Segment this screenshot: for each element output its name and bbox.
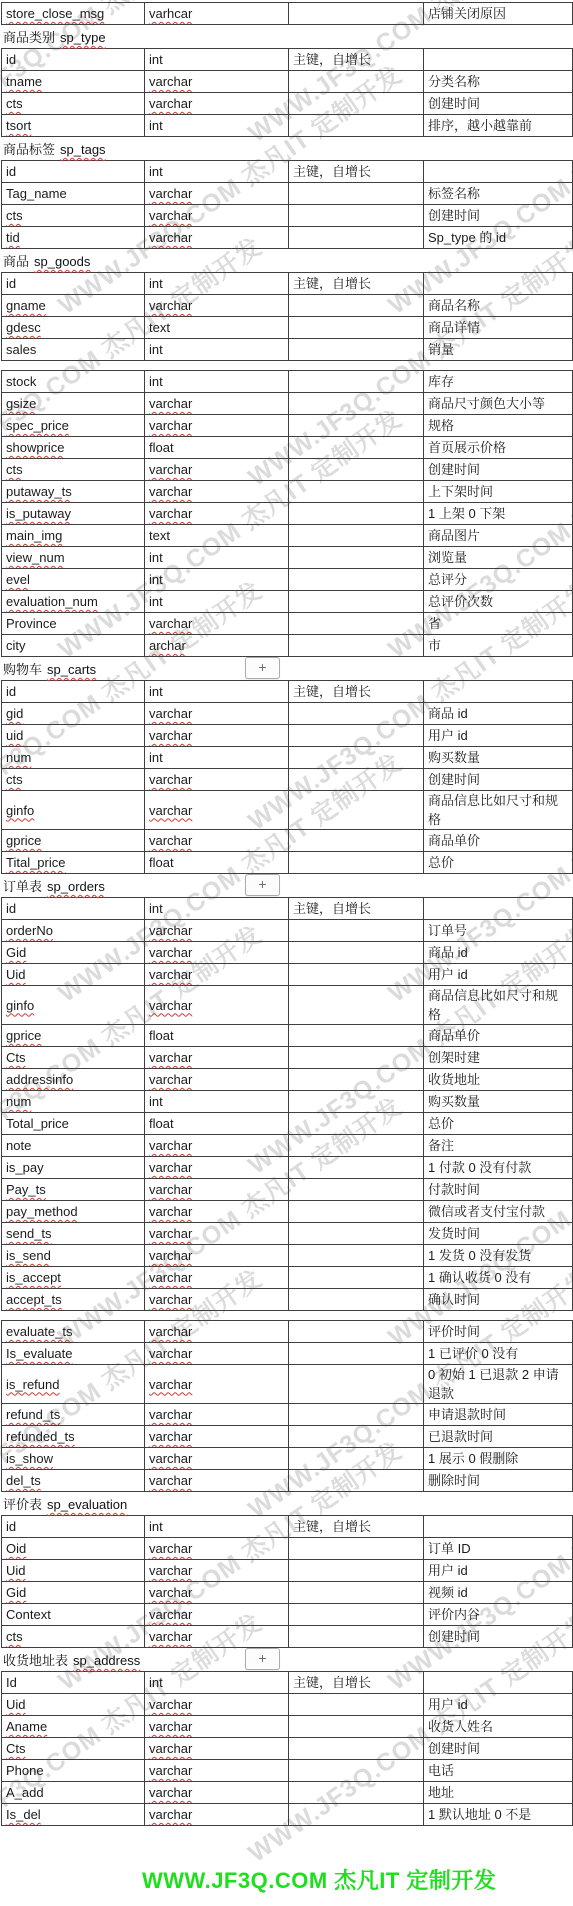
field-key-cell: [289, 1448, 424, 1470]
table-row: ctsvarchar创建时间: [2, 1626, 573, 1648]
field-desc-cell: 商品尺寸颜色大小等: [424, 393, 573, 415]
section-title-en: sp_evaluation: [47, 1497, 127, 1512]
table-row: idint主键，自增长: [2, 681, 573, 703]
table-row: Gidvarchar商品 id: [2, 942, 573, 964]
table-row: Is_evaluatevarchar1 已评价 0 没有: [2, 1343, 573, 1365]
field-key-cell: [289, 295, 424, 317]
field-desc-cell: 商品名称: [424, 295, 573, 317]
field-name-cell: del_ts: [2, 1470, 145, 1492]
field-name-cell: pay_method: [2, 1201, 145, 1223]
field-type-cell: float: [145, 852, 289, 874]
field-key-cell: [289, 481, 424, 503]
tables-root: store_close_msgvarhcar店铺关闭原因商品类别sp_typei…: [0, 2, 573, 1826]
field-desc-cell: 店铺关闭原因: [424, 3, 573, 25]
table-row: Anamevarchar收货人姓名: [2, 1716, 573, 1738]
field-desc-cell: [424, 273, 573, 295]
field-type-cell: varchar: [145, 1047, 289, 1069]
schema-table: idint主键，自增长gidvarchar商品 iduidvarchar用户 i…: [1, 680, 573, 874]
table-row: numint购买数量: [2, 1091, 573, 1113]
field-desc-cell: 删除时间: [424, 1470, 573, 1492]
field-key-cell: [289, 1538, 424, 1560]
field-type-cell: text: [145, 525, 289, 547]
field-name-cell: stock: [2, 371, 145, 393]
field-key-cell: [289, 371, 424, 393]
field-type-cell: int: [145, 339, 289, 361]
field-name-cell: id: [2, 273, 145, 295]
field-type-cell: int: [145, 1091, 289, 1113]
field-name-cell: ginfo: [2, 986, 145, 1025]
field-key-cell: [289, 747, 424, 769]
table-row: ctsvarchar创建时间: [2, 459, 573, 481]
field-key-cell: [289, 769, 424, 791]
field-key-cell: [289, 942, 424, 964]
field-type-cell: varchar: [145, 1321, 289, 1343]
field-desc-cell: 用户 id: [424, 964, 573, 986]
field-key-cell: [289, 1426, 424, 1448]
table-row: Uidvarchar用户 id: [2, 1694, 573, 1716]
field-type-cell: varchar: [145, 703, 289, 725]
field-key-cell: [289, 703, 424, 725]
field-key-cell: [289, 1782, 424, 1804]
field-desc-cell: 创建时间: [424, 1626, 573, 1648]
field-type-cell: varchar: [145, 1365, 289, 1404]
footer-watermark: WWW.JF3Q.COM 杰凡IT 定制开发: [142, 1864, 496, 1895]
table-row: tnamevarchar分类名称: [2, 71, 573, 93]
field-type-cell: varchar: [145, 1157, 289, 1179]
field-key-cell: [289, 1289, 424, 1311]
field-key-cell: [289, 3, 424, 25]
field-key-cell: [289, 1245, 424, 1267]
field-desc-cell: 订单号: [424, 920, 573, 942]
field-name-cell: is_pay: [2, 1157, 145, 1179]
schema-table: evaluate_tsvarchar评价时间Is_evaluatevarchar…: [1, 1320, 573, 1492]
field-type-cell: varchar: [145, 986, 289, 1025]
field-name-cell: Tital_price: [2, 852, 145, 874]
field-desc-cell: 微信或者支付宝付款: [424, 1201, 573, 1223]
field-key-cell: [289, 591, 424, 613]
field-key-cell: [289, 964, 424, 986]
field-name-cell: id: [2, 161, 145, 183]
field-name-cell: Aname: [2, 1716, 145, 1738]
field-type-cell: int: [145, 371, 289, 393]
field-desc-cell: 地址: [424, 1782, 573, 1804]
field-key-cell: [289, 1179, 424, 1201]
schema-table: idint主键，自增长Tag_namevarchar标签名称ctsvarchar…: [1, 160, 573, 249]
field-name-cell: Total_price: [2, 1113, 145, 1135]
field-key-cell: [289, 1113, 424, 1135]
field-key-cell: [289, 791, 424, 830]
table-row: Ctsvarchar创建时间: [2, 1738, 573, 1760]
field-key-cell: [289, 1223, 424, 1245]
field-type-cell: varchar: [145, 920, 289, 942]
field-type-cell: archar: [145, 635, 289, 657]
field-type-cell: varchar: [145, 1626, 289, 1648]
field-desc-cell: 已退款时间: [424, 1426, 573, 1448]
field-key-cell: [289, 1157, 424, 1179]
field-name-cell: is_send: [2, 1245, 145, 1267]
table-row: Phonevarchar电话: [2, 1760, 573, 1782]
field-type-cell: int: [145, 569, 289, 591]
field-type-cell: text: [145, 317, 289, 339]
field-type-cell: int: [145, 898, 289, 920]
field-desc-cell: 1 上架 0 下架: [424, 503, 573, 525]
field-type-cell: varchar: [145, 1245, 289, 1267]
insert-plus-button[interactable]: +: [245, 1648, 280, 1670]
table-row: Uidvarchar用户 id: [2, 1560, 573, 1582]
field-desc-cell: 申请退款时间: [424, 1404, 573, 1426]
table-row: putaway_tsvarchar上下架时间: [2, 481, 573, 503]
field-key-cell: [289, 339, 424, 361]
table-row: refund_tsvarchar申请退款时间: [2, 1404, 573, 1426]
table-row: Gidvarchar视频 id: [2, 1582, 573, 1604]
field-name-cell: Uid: [2, 1694, 145, 1716]
table-row: is_putawayvarchar1 上架 0 下架: [2, 503, 573, 525]
field-desc-cell: [424, 49, 573, 71]
section-title-en: sp_tags: [60, 142, 106, 157]
field-type-cell: varchar: [145, 1135, 289, 1157]
field-name-cell: uid: [2, 725, 145, 747]
field-key-cell: 主键，自增长: [289, 49, 424, 71]
table-row: is_acceptvarchar1 确认收货 0 没有: [2, 1267, 573, 1289]
field-type-cell: varchar: [145, 1716, 289, 1738]
field-desc-cell: [424, 161, 573, 183]
field-name-cell: send_ts: [2, 1223, 145, 1245]
field-desc-cell: [424, 1672, 573, 1694]
field-type-cell: varchar: [145, 725, 289, 747]
field-key-cell: [289, 459, 424, 481]
field-key-cell: [289, 415, 424, 437]
field-desc-cell: 创建时间: [424, 1738, 573, 1760]
field-name-cell: gname: [2, 295, 145, 317]
section-title-cn: 评价表: [3, 1497, 42, 1512]
field-name-cell: evaluate_ts: [2, 1321, 145, 1343]
table-row: Tital_pricefloat总价: [2, 852, 573, 874]
field-desc-cell: 排序，越小越靠前: [424, 115, 573, 137]
table-row: evaluate_tsvarchar评价时间: [2, 1321, 573, 1343]
field-name-cell: gid: [2, 703, 145, 725]
field-type-cell: varchar: [145, 964, 289, 986]
field-key-cell: [289, 1321, 424, 1343]
table-row: send_tsvarchar发货时间: [2, 1223, 573, 1245]
schema-document: store_close_msgvarhcar店铺关闭原因商品类别sp_typei…: [0, 0, 573, 1826]
field-key-cell: [289, 317, 424, 339]
field-name-cell: cts: [2, 205, 145, 227]
field-desc-cell: 创架时建: [424, 1047, 573, 1069]
field-key-cell: [289, 1582, 424, 1604]
section-title-en: sp_orders: [47, 879, 105, 894]
field-desc-cell: Sp_type 的 id: [424, 227, 573, 249]
field-desc-cell: [424, 681, 573, 703]
field-type-cell: varchar: [145, 1694, 289, 1716]
field-key-cell: [289, 1047, 424, 1069]
table-split-gap: [0, 361, 573, 370]
field-name-cell: city: [2, 635, 145, 657]
table-row: store_close_msgvarhcar店铺关闭原因: [2, 3, 573, 25]
field-name-cell: gdesc: [2, 317, 145, 339]
table-row: Uidvarchar用户 id: [2, 964, 573, 986]
field-key-cell: [289, 1343, 424, 1365]
table-row: numint购买数量: [2, 747, 573, 769]
table-row: evelint总评分: [2, 569, 573, 591]
field-key-cell: [289, 1470, 424, 1492]
field-name-cell: cts: [2, 459, 145, 481]
field-name-cell: cts: [2, 93, 145, 115]
table-row: gnamevarchar商品名称: [2, 295, 573, 317]
field-name-cell: gprice: [2, 830, 145, 852]
field-type-cell: varchar: [145, 1404, 289, 1426]
field-desc-cell: 总价: [424, 1113, 573, 1135]
field-type-cell: varchar: [145, 295, 289, 317]
field-desc-cell: 1 展示 0 假删除: [424, 1448, 573, 1470]
field-desc-cell: 商品 id: [424, 703, 573, 725]
field-type-cell: varchar: [145, 481, 289, 503]
field-name-cell: tsort: [2, 115, 145, 137]
schema-table: Idint主键，自增长Uidvarchar用户 idAnamevarchar收货…: [1, 1671, 573, 1826]
section-title: 收货地址表sp_address+: [3, 1651, 573, 1670]
field-type-cell: varchar: [145, 71, 289, 93]
field-name-cell: Oid: [2, 1538, 145, 1560]
section-title-cn: 订单表: [3, 879, 42, 894]
field-type-cell: varchar: [145, 791, 289, 830]
field-key-cell: [289, 1069, 424, 1091]
insert-plus-button[interactable]: +: [245, 874, 280, 896]
field-desc-cell: 订单 ID: [424, 1538, 573, 1560]
field-key-cell: [289, 852, 424, 874]
table-row: Idint主键，自增长: [2, 1672, 573, 1694]
table-row: addressinfovarchar收货地址: [2, 1069, 573, 1091]
field-desc-cell: 首页展示价格: [424, 437, 573, 459]
table-row: refunded_tsvarchar已退款时间: [2, 1426, 573, 1448]
field-name-cell: Id: [2, 1672, 145, 1694]
table-row: tidvarcharSp_type 的 id: [2, 227, 573, 249]
field-name-cell: showprice: [2, 437, 145, 459]
field-key-cell: [289, 1804, 424, 1826]
field-key-cell: [289, 569, 424, 591]
field-name-cell: Phone: [2, 1760, 145, 1782]
field-desc-cell: 总评分: [424, 569, 573, 591]
section-title-cn: 商品: [3, 254, 29, 269]
field-name-cell: putaway_ts: [2, 481, 145, 503]
table-row: orderNovarchar订单号: [2, 920, 573, 942]
schema-table: store_close_msgvarhcar店铺关闭原因: [1, 2, 573, 25]
field-type-cell: varchar: [145, 1560, 289, 1582]
field-type-cell: varchar: [145, 1470, 289, 1492]
field-name-cell: sales: [2, 339, 145, 361]
section-title: 商品类别sp_type: [3, 28, 573, 47]
field-key-cell: [289, 920, 424, 942]
field-name-cell: view_num: [2, 547, 145, 569]
table-row: gsizevarchar商品尺寸颜色大小等: [2, 393, 573, 415]
field-desc-cell: 销量: [424, 339, 573, 361]
field-type-cell: varchar: [145, 1738, 289, 1760]
field-type-cell: int: [145, 681, 289, 703]
field-key-cell: 主键，自增长: [289, 1672, 424, 1694]
table-row: Pay_tsvarchar付款时间: [2, 1179, 573, 1201]
table-row: accept_tsvarchar确认时间: [2, 1289, 573, 1311]
table-row: ctsvarchar创建时间: [2, 93, 573, 115]
field-type-cell: varchar: [145, 183, 289, 205]
field-desc-cell: 创建时间: [424, 93, 573, 115]
table-row: notevarchar备注: [2, 1135, 573, 1157]
field-desc-cell: 0 初始 1 已退款 2 申请退款: [424, 1365, 573, 1404]
schema-table: idint主键，自增长gnamevarchar商品名称gdesctext商品详情…: [1, 272, 573, 361]
field-key-cell: [289, 1365, 424, 1404]
table-row: spec_pricevarchar规格: [2, 415, 573, 437]
field-type-cell: varchar: [145, 769, 289, 791]
field-name-cell: id: [2, 49, 145, 71]
table-row: gpricefloat商品单价: [2, 1025, 573, 1047]
table-row: showpricefloat首页展示价格: [2, 437, 573, 459]
field-name-cell: id: [2, 1516, 145, 1538]
table-row: idint主键，自增长: [2, 273, 573, 295]
field-desc-cell: 库存: [424, 371, 573, 393]
field-desc-cell: 购买数量: [424, 1091, 573, 1113]
schema-table: idint主键，自增长Oidvarchar订单 IDUidvarchar用户 i…: [1, 1515, 573, 1648]
table-row: Tag_namevarchar标签名称: [2, 183, 573, 205]
field-type-cell: int: [145, 49, 289, 71]
field-key-cell: 主键，自增长: [289, 273, 424, 295]
field-type-cell: varchar: [145, 942, 289, 964]
table-row: idint主键，自增长: [2, 1516, 573, 1538]
field-key-cell: [289, 986, 424, 1025]
field-key-cell: [289, 503, 424, 525]
field-name-cell: Tag_name: [2, 183, 145, 205]
table-row: Contextvarchar评价内谷: [2, 1604, 573, 1626]
field-name-cell: accept_ts: [2, 1289, 145, 1311]
field-desc-cell: 商品图片: [424, 525, 573, 547]
field-type-cell: varchar: [145, 1538, 289, 1560]
field-key-cell: 主键，自增长: [289, 1516, 424, 1538]
table-row: idint主键，自增长: [2, 49, 573, 71]
field-name-cell: evel: [2, 569, 145, 591]
field-desc-cell: 分类名称: [424, 71, 573, 93]
field-desc-cell: 确认时间: [424, 1289, 573, 1311]
field-type-cell: varchar: [145, 1201, 289, 1223]
section-title-en: sp_type: [60, 30, 106, 45]
field-name-cell: gsize: [2, 393, 145, 415]
insert-plus-button[interactable]: +: [245, 657, 280, 679]
field-key-cell: [289, 93, 424, 115]
field-key-cell: [289, 1738, 424, 1760]
field-name-cell: num: [2, 1091, 145, 1113]
field-type-cell: varchar: [145, 1267, 289, 1289]
field-name-cell: Gid: [2, 942, 145, 964]
table-row: idint主键，自增长: [2, 161, 573, 183]
table-row: main_imgtext商品图片: [2, 525, 573, 547]
field-key-cell: [289, 1135, 424, 1157]
field-desc-cell: 付款时间: [424, 1179, 573, 1201]
field-name-cell: Context: [2, 1604, 145, 1626]
field-desc-cell: 收货地址: [424, 1069, 573, 1091]
field-desc-cell: [424, 898, 573, 920]
field-name-cell: is_show: [2, 1448, 145, 1470]
field-name-cell: tid: [2, 227, 145, 249]
field-name-cell: refunded_ts: [2, 1426, 145, 1448]
field-desc-cell: 用户 id: [424, 725, 573, 747]
table-row: is_refundvarchar0 初始 1 已退款 2 申请退款: [2, 1365, 573, 1404]
schema-table: stockint库存gsizevarchar商品尺寸颜色大小等spec_pric…: [1, 370, 573, 657]
field-desc-cell: [424, 1516, 573, 1538]
table-row: is_payvarchar1 付款 0 没有付款: [2, 1157, 573, 1179]
field-type-cell: float: [145, 1113, 289, 1135]
field-desc-cell: 商品信息比如尺寸和规格: [424, 986, 573, 1025]
field-type-cell: varchar: [145, 613, 289, 635]
field-name-cell: tname: [2, 71, 145, 93]
field-key-cell: [289, 1091, 424, 1113]
table-row: gdesctext商品详情: [2, 317, 573, 339]
table-row: del_tsvarchar删除时间: [2, 1470, 573, 1492]
table-row: Is_delvarchar1 默认地址 0 不是: [2, 1804, 573, 1826]
field-type-cell: int: [145, 591, 289, 613]
field-type-cell: varchar: [145, 830, 289, 852]
field-type-cell: varchar: [145, 393, 289, 415]
field-desc-cell: 上下架时间: [424, 481, 573, 503]
table-row: ginfovarchar商品信息比如尺寸和规格: [2, 791, 573, 830]
field-name-cell: cts: [2, 1626, 145, 1648]
field-key-cell: [289, 1201, 424, 1223]
field-type-cell: int: [145, 115, 289, 137]
field-desc-cell: 1 默认地址 0 不是: [424, 1804, 573, 1826]
field-type-cell: varchar: [145, 1069, 289, 1091]
table-row: ctsvarchar创建时间: [2, 205, 573, 227]
field-desc-cell: 浏览量: [424, 547, 573, 569]
field-type-cell: int: [145, 161, 289, 183]
field-desc-cell: 用户 id: [424, 1560, 573, 1582]
field-type-cell: varchar: [145, 1448, 289, 1470]
table-split-gap: [0, 1311, 573, 1320]
field-name-cell: ginfo: [2, 791, 145, 830]
table-row: ginfovarchar商品信息比如尺寸和规格: [2, 986, 573, 1025]
field-name-cell: Is_del: [2, 1804, 145, 1826]
section-title: 订单表sp_orders+: [3, 877, 573, 896]
field-desc-cell: 商品 id: [424, 942, 573, 964]
field-type-cell: float: [145, 437, 289, 459]
field-type-cell: varchar: [145, 459, 289, 481]
field-name-cell: Is_evaluate: [2, 1343, 145, 1365]
field-type-cell: varchar: [145, 1289, 289, 1311]
field-key-cell: 主键，自增长: [289, 681, 424, 703]
field-name-cell: num: [2, 747, 145, 769]
field-key-cell: [289, 1604, 424, 1626]
table-row: idint主键，自增长: [2, 898, 573, 920]
field-type-cell: varchar: [145, 1782, 289, 1804]
field-desc-cell: 创建时间: [424, 205, 573, 227]
field-desc-cell: 视频 id: [424, 1582, 573, 1604]
table-row: uidvarchar用户 id: [2, 725, 573, 747]
field-type-cell: float: [145, 1025, 289, 1047]
field-key-cell: [289, 183, 424, 205]
table-row: salesint销量: [2, 339, 573, 361]
field-name-cell: Uid: [2, 1560, 145, 1582]
field-type-cell: int: [145, 273, 289, 295]
table-row: cityarchar市: [2, 635, 573, 657]
field-key-cell: [289, 71, 424, 93]
field-key-cell: [289, 437, 424, 459]
field-name-cell: is_refund: [2, 1365, 145, 1404]
field-type-cell: varchar: [145, 415, 289, 437]
table-row: gidvarchar商品 id: [2, 703, 573, 725]
field-type-cell: varchar: [145, 1426, 289, 1448]
field-key-cell: [289, 1404, 424, 1426]
section-title-cn: 收货地址表: [3, 1653, 68, 1668]
table-row: pay_methodvarchar微信或者支付宝付款: [2, 1201, 573, 1223]
field-desc-cell: 1 已评价 0 没有: [424, 1343, 573, 1365]
schema-table: idint主键，自增长orderNovarchar订单号Gidvarchar商品…: [1, 897, 573, 1311]
field-name-cell: addressinfo: [2, 1069, 145, 1091]
table-row: ctsvarchar创建时间: [2, 769, 573, 791]
field-key-cell: [289, 1694, 424, 1716]
field-desc-cell: 商品单价: [424, 1025, 573, 1047]
